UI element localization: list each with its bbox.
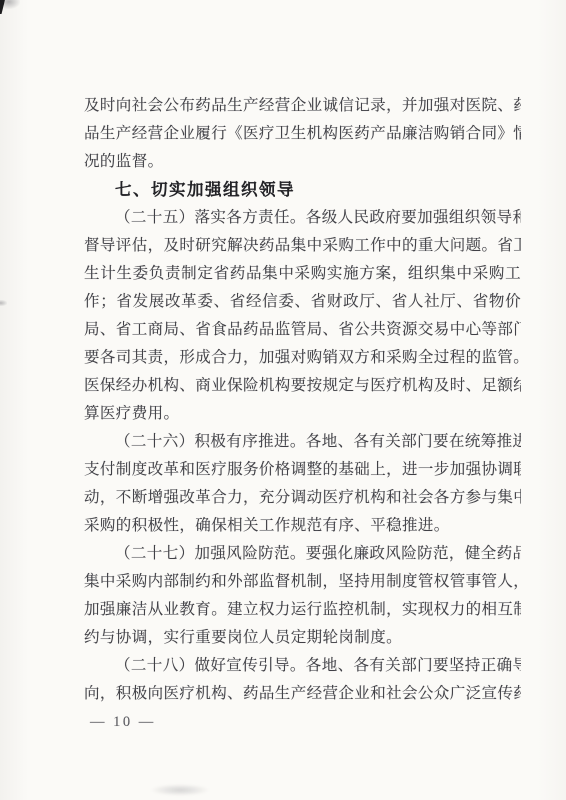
text-line: 加强廉洁从业教育。建立权力运行监控机制，实现权力的相互制	[84, 596, 521, 624]
text-line: （二十八）做好宣传引导。各地、各有关部门要坚持正确导	[84, 652, 521, 680]
paragraph: （二十八）做好宣传引导。各地、各有关部门要坚持正确导向，积极向医疗机构、药品生产…	[84, 652, 521, 708]
text-line: 生计生委负责制定省药品集中采购实施方案，组织集中采购工	[84, 260, 521, 288]
text-line: 况的监督。	[84, 148, 521, 176]
text-line: 动，不断增强改革合力，充分调动医疗机构和社会各方参与集中	[84, 484, 521, 512]
paragraph: （二十五）落实各方责任。各级人民政府要加强组织领导和督导评估，及时研究解决药品集…	[84, 204, 521, 428]
text-line: 向，积极向医疗机构、药品生产经营企业和社会公众广泛宣传药	[84, 680, 521, 708]
text-line: 督导评估，及时研究解决药品集中采购工作中的重大问题。省卫	[84, 232, 521, 260]
text-line: 局、省工商局、省食品药品监管局、省公共资源交易中心等部门	[84, 316, 521, 344]
text-line: （二十七）加强风险防范。要强化廉政风险防范，健全药品	[84, 540, 521, 568]
section-heading: 七、切实加强组织领导	[84, 176, 521, 204]
text-line: 品生产经营企业履行《医疗卫生机构医药产品廉洁购销合同》情	[84, 120, 521, 148]
text-line: 支付制度改革和医疗服务价格调整的基础上，进一步加强协调联	[84, 456, 521, 484]
text-line: 要各司其责，形成合力，加强对购销双方和采购全过程的监管。	[84, 344, 521, 372]
text-line: 集中采购内部制约和外部监督机制，坚持用制度管权管事管人，	[84, 568, 521, 596]
text-line: 采购的积极性，确保相关工作规范有序、平稳推进。	[84, 512, 521, 540]
text-line: 作；省发展改革委、省经信委、省财政厅、省人社厅、省物价	[84, 288, 521, 316]
document-body: 及时向社会公布药品生产经营企业诚信记录，并加强对医院、药品生产经营企业履行《医疗…	[84, 92, 521, 708]
text-line: （二十六）积极有序推进。各地、各有关部门要在统筹推进	[84, 428, 521, 456]
text-line: 七、切实加强组织领导	[84, 176, 521, 204]
page-number: — 10 —	[90, 712, 156, 732]
paragraph: （二十七）加强风险防范。要强化廉政风险防范，健全药品集中采购内部制约和外部监督机…	[84, 540, 521, 652]
text-line: 及时向社会公布药品生产经营企业诚信记录，并加强对医院、药	[84, 92, 521, 120]
paragraph: （二十六）积极有序推进。各地、各有关部门要在统筹推进支付制度改革和医疗服务价格调…	[84, 428, 521, 540]
text-line: 约与协调，实行重要岗位人员定期轮岗制度。	[84, 624, 521, 652]
scan-artifact-corner-smudge	[4, 0, 20, 9]
document-page: 及时向社会公布药品生产经营企业诚信记录，并加强对医院、药品生产经营企业履行《医疗…	[0, 0, 566, 800]
text-line: 算医疗费用。	[84, 400, 521, 428]
paragraph: 及时向社会公布药品生产经营企业诚信记录，并加强对医院、药品生产经营企业履行《医疗…	[84, 92, 521, 176]
text-line: （二十五）落实各方责任。各级人民政府要加强组织领导和	[84, 204, 521, 232]
scan-artifact-edge-speck	[0, 300, 7, 306]
text-line: 医保经办机构、商业保险机构要按规定与医疗机构及时、足额结	[84, 372, 521, 400]
scan-artifact-bottom-smudge	[150, 784, 210, 796]
